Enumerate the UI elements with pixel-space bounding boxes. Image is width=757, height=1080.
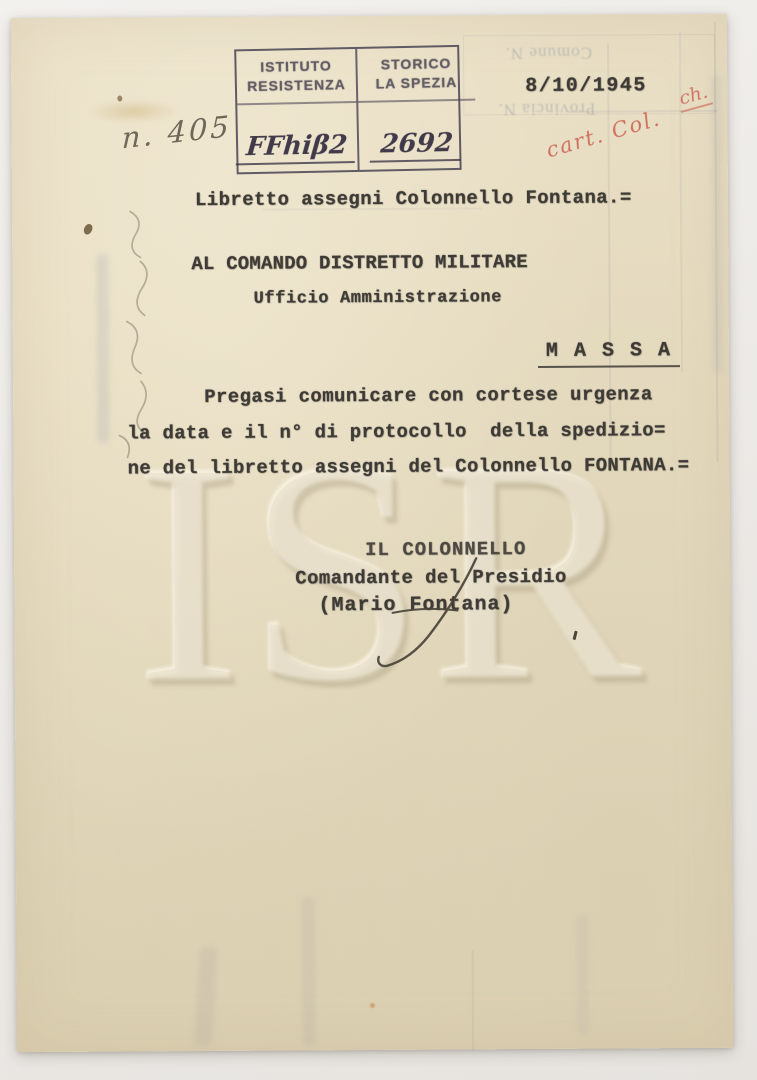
stamp-text-istituto: ISTITUTO RESISTENZA: [236, 49, 356, 105]
archive-stamp: ISTITUTO RESISTENZA FFhiβ2 STORICO LA SP…: [234, 45, 461, 174]
photo-backdrop: ISR Comune N. Provincia N.: [0, 0, 757, 1080]
stamp-line: STORICO: [381, 54, 452, 74]
bleed-vline: [472, 950, 474, 1050]
letter-date: 8/10/1945: [525, 74, 647, 98]
ink-tick-mark: [573, 631, 578, 640]
bleedthrough-text-comune: Comune N.: [467, 43, 592, 64]
stamp-line: ISTITUTO: [260, 57, 332, 77]
recipient-office: Ufficio Amministrazione: [254, 288, 503, 309]
recipient-command: AL COMANDO DISTRETTO MILITARE: [191, 251, 528, 275]
stamp-column-storico: STORICO LA SPEZIA 2692: [355, 47, 476, 170]
bleed-smudge: [711, 74, 723, 374]
stamp-handwritten-code: FFhiβ2: [235, 103, 360, 173]
paper-speck: [117, 96, 122, 102]
bleed-smudge: [301, 896, 316, 1046]
bleed-smudge: [194, 947, 218, 1048]
bleedthrough-text-provincia: Provincia N.: [463, 99, 595, 120]
bleedthrough-grid: [11, 14, 727, 18]
bleed-smudge: [576, 915, 589, 1035]
body-line-3: ne del libretto assegni del Colonnello F…: [128, 454, 690, 479]
body-line-1: Pregasi comunicare con cortese urgenza: [204, 383, 653, 408]
stamp-column-istituto: ISTITUTO RESISTENZA FFhiβ2: [236, 49, 357, 172]
stamp-handwritten-number: 2692: [356, 101, 479, 170]
handwritten-signature: [294, 550, 495, 691]
body-line-2: la data e il n° di protocollo della sped…: [127, 419, 665, 444]
stamp-line: LA SPEZIA: [375, 73, 457, 94]
stamp-line: RESISTENZA: [247, 75, 346, 96]
stamp-text-storico: STORICO LA SPEZIA: [357, 47, 475, 103]
document-paper: ISR Comune N. Provincia N.: [11, 14, 733, 1052]
recipient-city: M A S S A: [454, 316, 680, 386]
paper-speck: [370, 1003, 375, 1008]
letter-subject: Libretto assegni Colonnello Fontana.=: [195, 186, 632, 211]
